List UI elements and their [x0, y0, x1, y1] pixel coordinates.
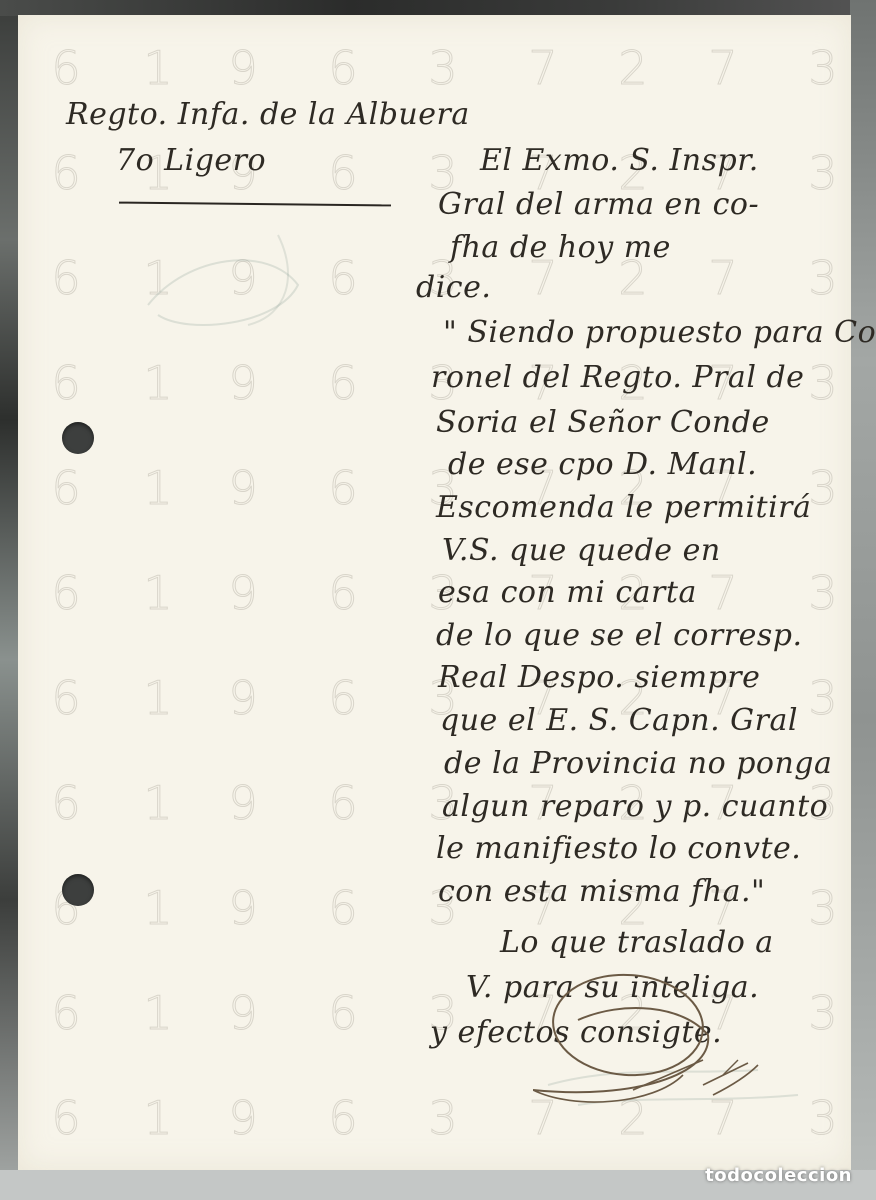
emboss-digit: 7: [708, 255, 737, 301]
letter-page: 6 6 6 6 6 6 6 6 6 6 6 1 1 1 1 1 1 1 1 1 …: [18, 15, 851, 1170]
emboss-digit: 3: [808, 465, 837, 511]
emboss-digit: 3: [428, 45, 457, 91]
body-line: que el E. S. Capn. Gral: [440, 703, 798, 738]
emboss-digit: 3: [808, 255, 837, 301]
emboss-digit: 6: [328, 990, 357, 1036]
emboss-digit: 6: [51, 990, 80, 1036]
header-underline: [119, 202, 391, 207]
emboss-digit: 6: [328, 360, 357, 406]
emboss-digit: 6: [51, 570, 80, 616]
header-unit: 7o Ligero: [116, 143, 266, 178]
body-line: algun reparo y p. cuanto: [442, 789, 828, 824]
body-line: V.S. que quede en: [442, 533, 721, 568]
emboss-digit: 9: [228, 360, 257, 406]
signature-flourish: [533, 965, 763, 1115]
emboss-digit: 3: [808, 360, 837, 406]
emboss-digit: 7: [528, 45, 557, 91]
closing-line: Lo que traslado a: [500, 925, 774, 960]
emboss-digit: 6: [328, 780, 357, 826]
emboss-digit: 6: [51, 360, 80, 406]
body-line: de ese cpo D. Manl.: [448, 447, 757, 482]
emboss-digit: 6: [51, 150, 80, 196]
emboss-column: 6 6 6 6 6 6 6 6 6 6 6: [46, 15, 86, 1170]
emboss-column: 9 9 9 9 9 9 9 9 9 9 9: [223, 15, 263, 1170]
body-line: Escomenda le permitirá: [436, 490, 811, 525]
emboss-digit: 6: [51, 465, 80, 511]
scan-background-top: [0, 0, 876, 16]
emboss-digit: 9: [228, 465, 257, 511]
body-line: de lo que se el corresp.: [436, 618, 803, 653]
emboss-digit: 1: [143, 465, 172, 511]
emboss-digit: 3: [808, 45, 837, 91]
body-line: El Exmo. S. Inspr.: [480, 143, 759, 178]
bleed-through-flourish: [128, 215, 328, 345]
emboss-digit: 1: [143, 570, 172, 616]
body-line: le manifiesto lo convte.: [436, 831, 801, 866]
header-regiment: Regto. Infa. de la Albuera: [66, 97, 470, 132]
body-line: " Siendo propuesto para Co-: [443, 315, 876, 350]
emboss-digit: 1: [143, 990, 172, 1036]
scan-background-right: [850, 0, 876, 1200]
emboss-digit: 6: [51, 1095, 80, 1141]
emboss-digit: 3: [808, 570, 837, 616]
emboss-digit: 7: [708, 45, 737, 91]
emboss-digit: 1: [143, 780, 172, 826]
punch-hole: [62, 874, 94, 906]
emboss-digit: 6: [51, 45, 80, 91]
body-line: dice.: [416, 270, 491, 305]
emboss-digit: 6: [51, 675, 80, 721]
emboss-digit: 1: [143, 885, 172, 931]
body-line: Real Despo. siempre: [438, 660, 760, 695]
body-line: Gral del arma en co-: [438, 187, 759, 222]
emboss-digit: 6: [51, 780, 80, 826]
emboss-digit: 6: [328, 1095, 357, 1141]
body-line: fha de hoy me: [450, 230, 671, 265]
emboss-digit: 9: [228, 570, 257, 616]
emboss-digit: 6: [328, 45, 357, 91]
emboss-digit: 1: [143, 1095, 172, 1141]
emboss-digit: 9: [228, 990, 257, 1036]
body-line: de la Provincia no ponga: [444, 746, 832, 781]
emboss-column: 1 1 1 1 1 1 1 1 1 1 1: [138, 15, 178, 1170]
emboss-digit: 1: [143, 360, 172, 406]
emboss-digit: 9: [228, 1095, 257, 1141]
emboss-digit: 3: [808, 150, 837, 196]
emboss-digit: 9: [228, 45, 257, 91]
emboss-digit: 1: [143, 675, 172, 721]
body-line: Soria el Señor Conde: [436, 405, 770, 440]
emboss-digit: 6: [328, 675, 357, 721]
emboss-column: 6 6 6 6 6 6 6 6 6 6 6: [323, 15, 363, 1170]
emboss-digit: 6: [328, 255, 357, 301]
scan-background-left: [0, 0, 20, 1200]
emboss-digit: 6: [328, 465, 357, 511]
emboss-digit: 6: [51, 255, 80, 301]
emboss-digit: 6: [328, 885, 357, 931]
emboss-digit: 9: [228, 675, 257, 721]
emboss-column: 3 3 3 3 3 3 3 3 3 3 3: [803, 15, 843, 1170]
emboss-digit: 7: [708, 570, 737, 616]
body-line: ronel del Regto. Pral de: [431, 360, 804, 395]
todocoleccion-watermark: todocoleccion: [705, 1165, 852, 1186]
body-line: esa con mi carta: [438, 575, 697, 610]
emboss-digit: 3: [808, 885, 837, 931]
body-line: con esta misma fha.": [438, 874, 765, 909]
emboss-digit: 6: [328, 570, 357, 616]
emboss-digit: 3: [428, 1095, 457, 1141]
emboss-digit: 6: [328, 150, 357, 196]
emboss-digit: 1: [143, 45, 172, 91]
emboss-digit: 2: [618, 45, 647, 91]
emboss-digit: 9: [228, 780, 257, 826]
emboss-digit: 9: [228, 885, 257, 931]
emboss-digit: 3: [808, 675, 837, 721]
punch-hole: [62, 422, 94, 454]
